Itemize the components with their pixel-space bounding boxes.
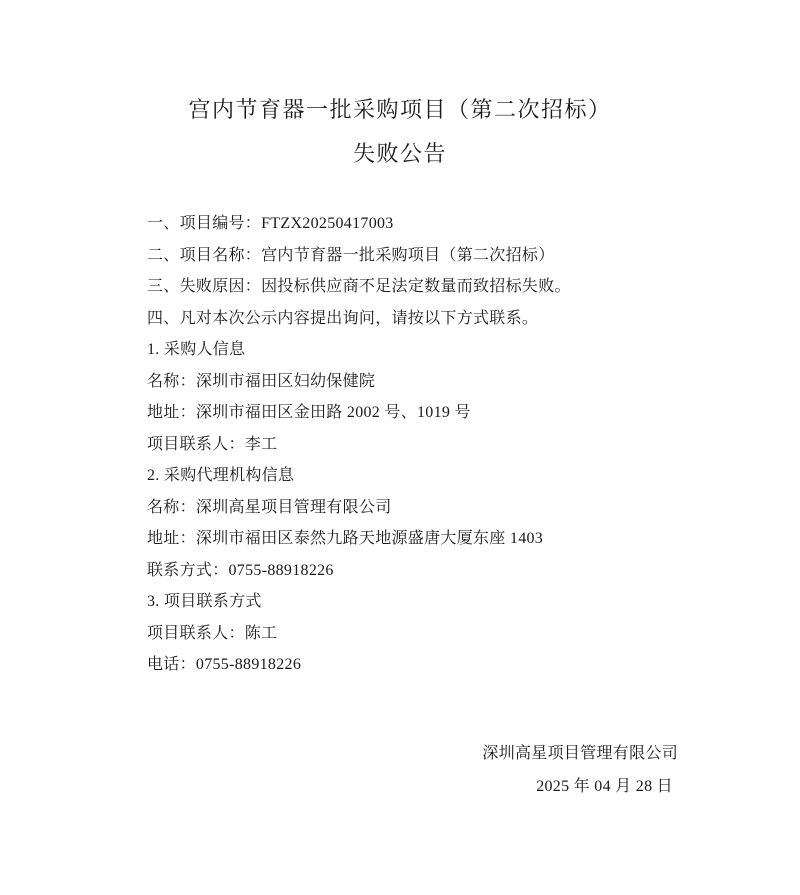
document-footer: 深圳高星项目管理有限公司 2025 年 04 月 28 日 (0, 738, 678, 803)
title-line-2: 失败公告 (0, 132, 800, 176)
document-body: 一、项目编号：FTZX20250417003 二、项目名称：宫内节育器一批采购项… (147, 208, 727, 681)
document-page: 宫内节育器一批采购项目（第二次招标） 失败公告 一、项目编号：FTZX20250… (0, 0, 800, 895)
section-heading-project-contact: 3. 项目联系方式 (147, 586, 727, 618)
agency-contact-number: 联系方式：0755-88918226 (147, 555, 727, 587)
purchaser-contact-person: 项目联系人：李工 (147, 429, 727, 461)
project-contact-phone: 电话：0755-88918226 (147, 649, 727, 681)
body-line-failure-reason: 三、失败原因：因投标供应商不足法定数量而致招标失败。 (147, 271, 727, 303)
signature-company: 深圳高星项目管理有限公司 (0, 738, 678, 771)
agency-address: 地址：深圳市福田区泰然九路天地源盛唐大厦东座 1403 (147, 523, 727, 555)
body-line-project-number: 一、项目编号：FTZX20250417003 (147, 208, 727, 240)
project-contact-person: 项目联系人：陈工 (147, 618, 727, 650)
body-line-inquiry-note: 四、凡对本次公示内容提出询问，请按以下方式联系。 (147, 303, 727, 335)
purchaser-address: 地址：深圳市福田区金田路 2002 号、1019 号 (147, 397, 727, 429)
signature-date: 2025 年 04 月 28 日 (0, 771, 673, 804)
section-heading-agency: 2. 采购代理机构信息 (147, 460, 727, 492)
title-line-1: 宫内节育器一批采购项目（第二次招标） (0, 88, 800, 132)
body-line-project-name: 二、项目名称：宫内节育器一批采购项目（第二次招标） (147, 240, 727, 272)
purchaser-name: 名称：深圳市福田区妇幼保健院 (147, 366, 727, 398)
section-heading-purchaser: 1. 采购人信息 (147, 334, 727, 366)
agency-name: 名称：深圳高星项目管理有限公司 (147, 492, 727, 524)
document-title: 宫内节育器一批采购项目（第二次招标） 失败公告 (0, 88, 800, 176)
